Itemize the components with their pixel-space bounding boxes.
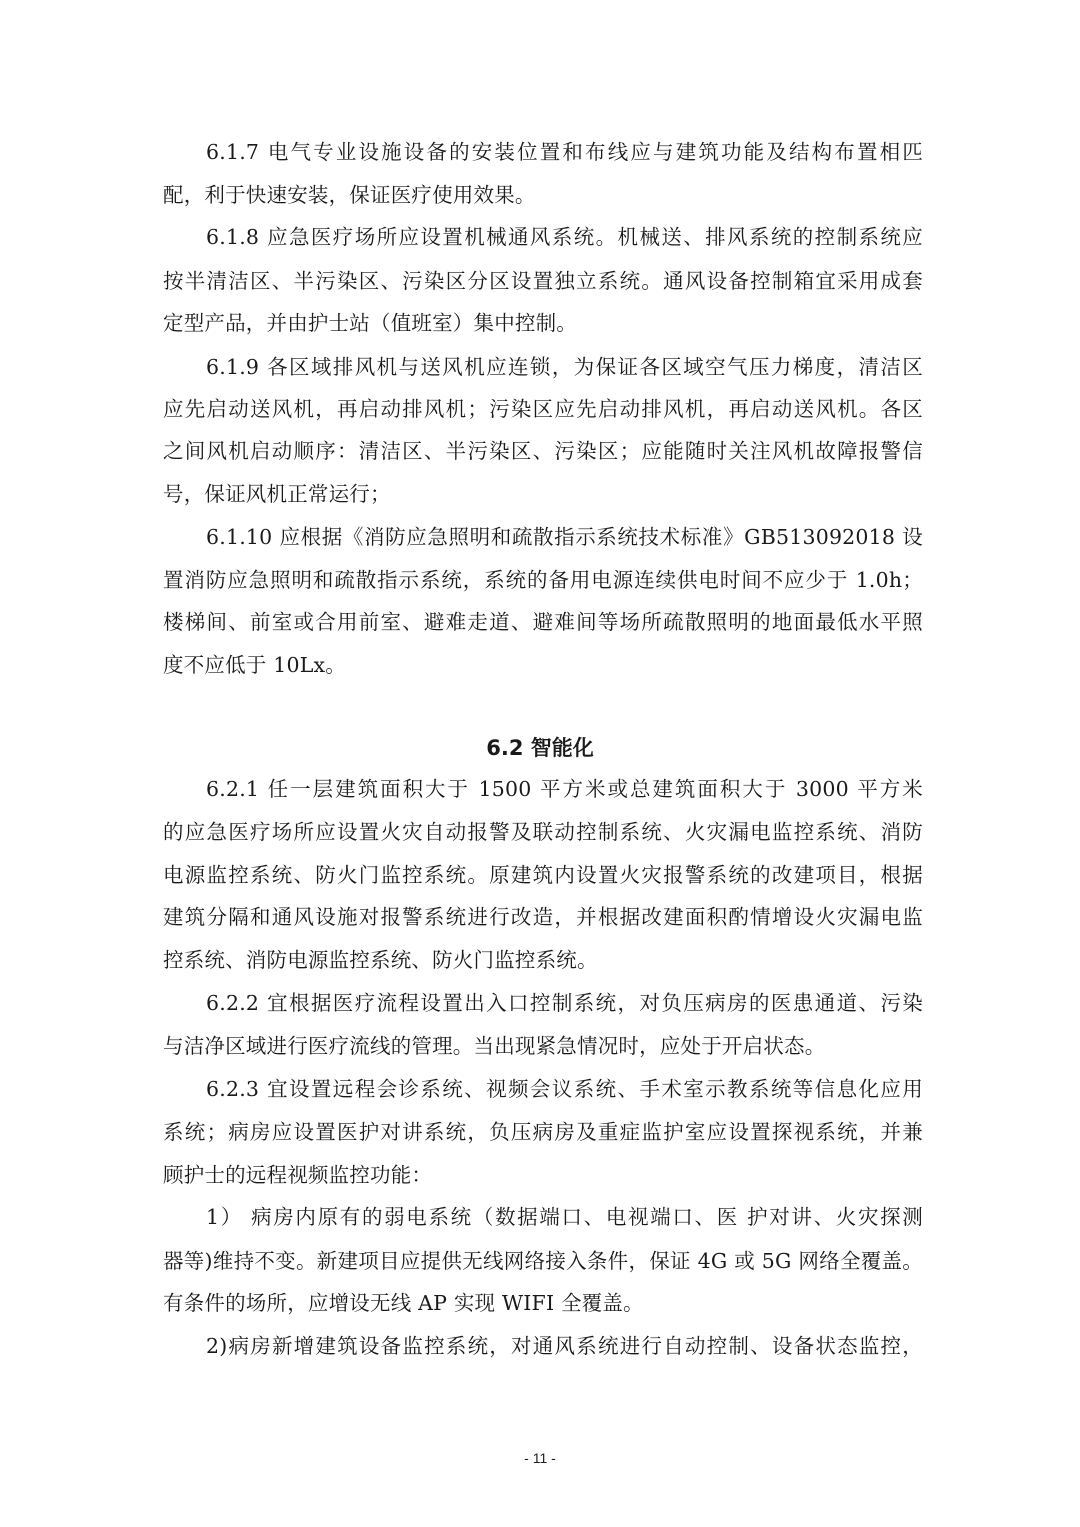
paragraph-6-2-3-line-3: 顾护士的远程视频监控功能： [163,1154,923,1197]
paragraph-6-1-7-line-1: 6.1.7 电气专业设施设备的安装位置和布线应与建筑功能及结构布置相匹 [206,131,923,174]
paragraph-6-2-1-line-4: 建筑分隔和通风设施对报警系统进行改造，并根据改建面积酌情增设火灾漏电监 [163,896,923,939]
list-item-1-line-1: 1） 病房内原有的弱电系统（数据端口、电视端口、医 护对讲、火灾探测 [206,1196,923,1239]
paragraph-6-1-8-line-1: 6.1.8 应急医疗场所应设置机械通风系统。机械送、排风系统的控制系统应 [206,216,923,259]
paragraph-6-2-2-line-1: 6.2.2 宜根据医疗流程设置出入口控制系统，对负压病房的医患通道、污染 [206,982,923,1025]
paragraph-6-2-3-line-2: 系统；病房应设置医护对讲系统，负压病房及重症监护室应设置探视系统，并兼 [163,1111,923,1154]
paragraph-6-1-10-line-3: 楼梯间、前室或合用前室、避难走道、避难间等场所疏散照明的地面最低水平照 [163,601,923,644]
paragraph-6-2-3-line-1: 6.2.3 宜设置远程会诊系统、视频会议系统、手术室示教系统等信息化应用 [206,1068,923,1111]
paragraph-6-1-9-line-3: 之间风机启动顺序：清洁区、半污染区、污染区；应能随时关注风机故障报警信 [163,430,923,473]
paragraph-6-1-9-line-4: 号，保证风机正常运行； [163,473,923,516]
list-item-2-line-1: 2)病房新增建筑设备监控系统，对通风系统进行自动控制、设备状态监控， [206,1325,923,1368]
paragraph-6-1-10-line-2: 置消防应急照明和疏散指示系统，系统的备用电源连续供电时间不应少于 1.0h； [163,559,923,602]
paragraph-6-2-2-line-2: 与洁净区域进行医疗流线的管理。当出现紧急情况时，应处于开启状态。 [163,1025,923,1068]
paragraph-6-2-1-line-2: 的应急医疗场所应设置火灾自动报警及联动控制系统、火灾漏电监控系统、消防 [163,811,923,854]
paragraph-6-2-1-line-5: 控系统、消防电源监控系统、防火门监控系统。 [163,939,923,982]
paragraph-6-1-8-line-3: 定型产品，并由护士站（值班室）集中控制。 [163,302,923,345]
paragraph-6-1-7-line-2: 配，利于快速安装，保证医疗使用效果。 [163,174,923,217]
paragraph-6-2-1-line-3: 电源监控系统、防火门监控系统。原建筑内设置火灾报警系统的改建项目，根据 [163,854,923,897]
section-heading-6-2: 6.2 智能化 [0,727,1080,770]
paragraph-6-1-8-line-2: 按半清洁区、半污染区、污染区分区设置独立系统。通风设备控制箱宜采用成套 [163,260,923,303]
page-number: - 11 - [0,1450,1080,1466]
document-page: 6.1.7 电气专业设施设备的安装位置和布线应与建筑功能及结构布置相匹 配，利于… [0,0,1080,1527]
paragraph-6-1-10-line-4: 度不应低于 10Lx。 [163,644,923,687]
paragraph-6-1-9-line-2: 应先启动送风机，再启动排风机；污染区应先启动排风机，再启动送风机。各区 [163,388,923,431]
paragraph-6-1-10-line-1: 6.1.10 应根据《消防应急照明和疏散指示系统技术标准》GB513092018… [206,516,923,559]
list-item-1-line-2: 器等)维持不变。新建项目应提供无线网络接入条件，保证 4G 或 5G 网络全覆盖… [163,1240,923,1283]
paragraph-6-2-1-line-1: 6.2.1 任一层建筑面积大于 1500 平方米或总建筑面积大于 3000 平方… [206,768,923,811]
paragraph-6-1-9-line-1: 6.1.9 各区域排风机与送风机应连锁，为保证各区域空气压力梯度，清洁区 [206,346,923,389]
list-item-1-line-3: 有条件的场所，应增设无线 AP 实现 WIFI 全覆盖。 [163,1282,923,1325]
